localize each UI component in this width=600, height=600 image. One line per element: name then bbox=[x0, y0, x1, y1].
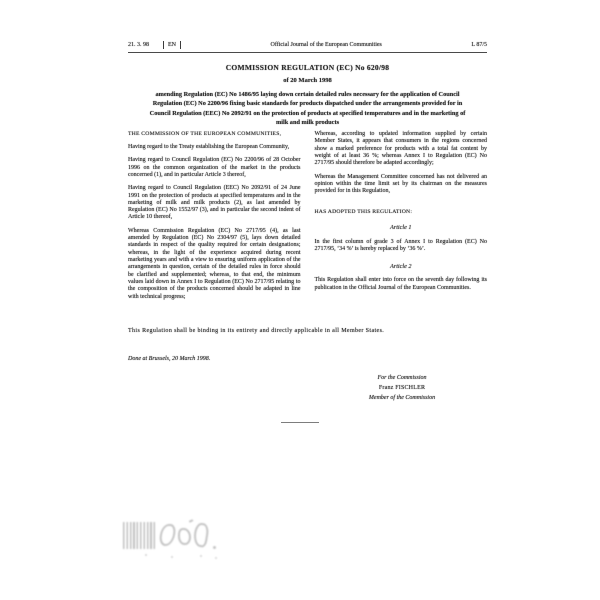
stamp-dot-icon bbox=[213, 546, 216, 549]
header-page-reference: L 87/5 bbox=[471, 41, 487, 49]
right-column: Whereas, according to updated informatio… bbox=[315, 131, 488, 307]
header-language-code: EN bbox=[163, 41, 181, 49]
stamp-mark-icon bbox=[189, 519, 193, 522]
place-date-line: Done at Brussels, 20 March 1998. bbox=[128, 356, 210, 362]
left-column: THE COMMISSION OF THE EUROPEAN COMMUNITI… bbox=[128, 131, 301, 307]
regulation-date-line: of 20 March 1998 bbox=[128, 77, 487, 84]
body-columns: THE COMMISSION OF THE EUROPEAN COMMUNITI… bbox=[128, 131, 487, 307]
citation-regulation-2: Having regard to Council Regulation (EEC… bbox=[128, 185, 301, 222]
signatory-role: Member of the Commission bbox=[333, 394, 471, 404]
article-1-text: In the first column of grade 3 of Annex … bbox=[315, 239, 488, 254]
signature-block: For the Commission Franz FISCHLER Member… bbox=[333, 374, 471, 404]
stamp-barcode bbox=[123, 520, 223, 562]
signature-for-line: For the Commission bbox=[333, 374, 471, 384]
preamble-opening: THE COMMISSION OF THE EUROPEAN COMMUNITI… bbox=[128, 131, 301, 138]
header-date: 21. 3. 98 bbox=[128, 41, 149, 49]
article-2-text: This Regulation shall enter into force o… bbox=[315, 277, 488, 292]
citation-regulation-1: Having regard to Council Regulation (EC)… bbox=[128, 157, 301, 179]
recital-1: Whereas Commission Regulation (EC) No 27… bbox=[128, 228, 301, 301]
stamp-speckle-icon bbox=[145, 554, 147, 556]
recital-3: Whereas the Management Committee concern… bbox=[315, 174, 488, 196]
binding-clause: This Regulation shall be binding in its … bbox=[128, 328, 456, 336]
enacting-formula: HAS ADOPTED THIS REGULATION: bbox=[315, 209, 488, 216]
document-page: 21. 3. 98 EN Official Journal of the Eur… bbox=[0, 0, 600, 600]
stamp-glyph-icon bbox=[158, 524, 176, 546]
article-1-heading: Article 1 bbox=[315, 224, 488, 232]
stamp-glyph-icon bbox=[178, 528, 191, 545]
page-header: 21. 3. 98 EN Official Journal of the Eur… bbox=[128, 41, 487, 49]
stamp-glyph-icon bbox=[192, 522, 210, 548]
barcode-bars-icon bbox=[123, 522, 157, 549]
article-2-heading: Article 2 bbox=[315, 263, 488, 271]
recital-2: Whereas, according to updated informatio… bbox=[315, 131, 488, 168]
title-block: COMMISSION REGULATION (EC) No 620/98 of … bbox=[128, 63, 487, 128]
signatory-name: Franz FISCHLER bbox=[333, 384, 471, 394]
citation-treaty: Having regard to the Treaty establishing… bbox=[128, 144, 301, 151]
regulation-subtitle: amending Regulation (EC) No 1486/95 layi… bbox=[149, 90, 467, 128]
header-rule bbox=[128, 52, 487, 53]
regulation-title: COMMISSION REGULATION (EC) No 620/98 bbox=[128, 63, 487, 72]
end-of-document-rule bbox=[281, 422, 319, 423]
header-journal-title: Official Journal of the European Communi… bbox=[181, 41, 471, 49]
